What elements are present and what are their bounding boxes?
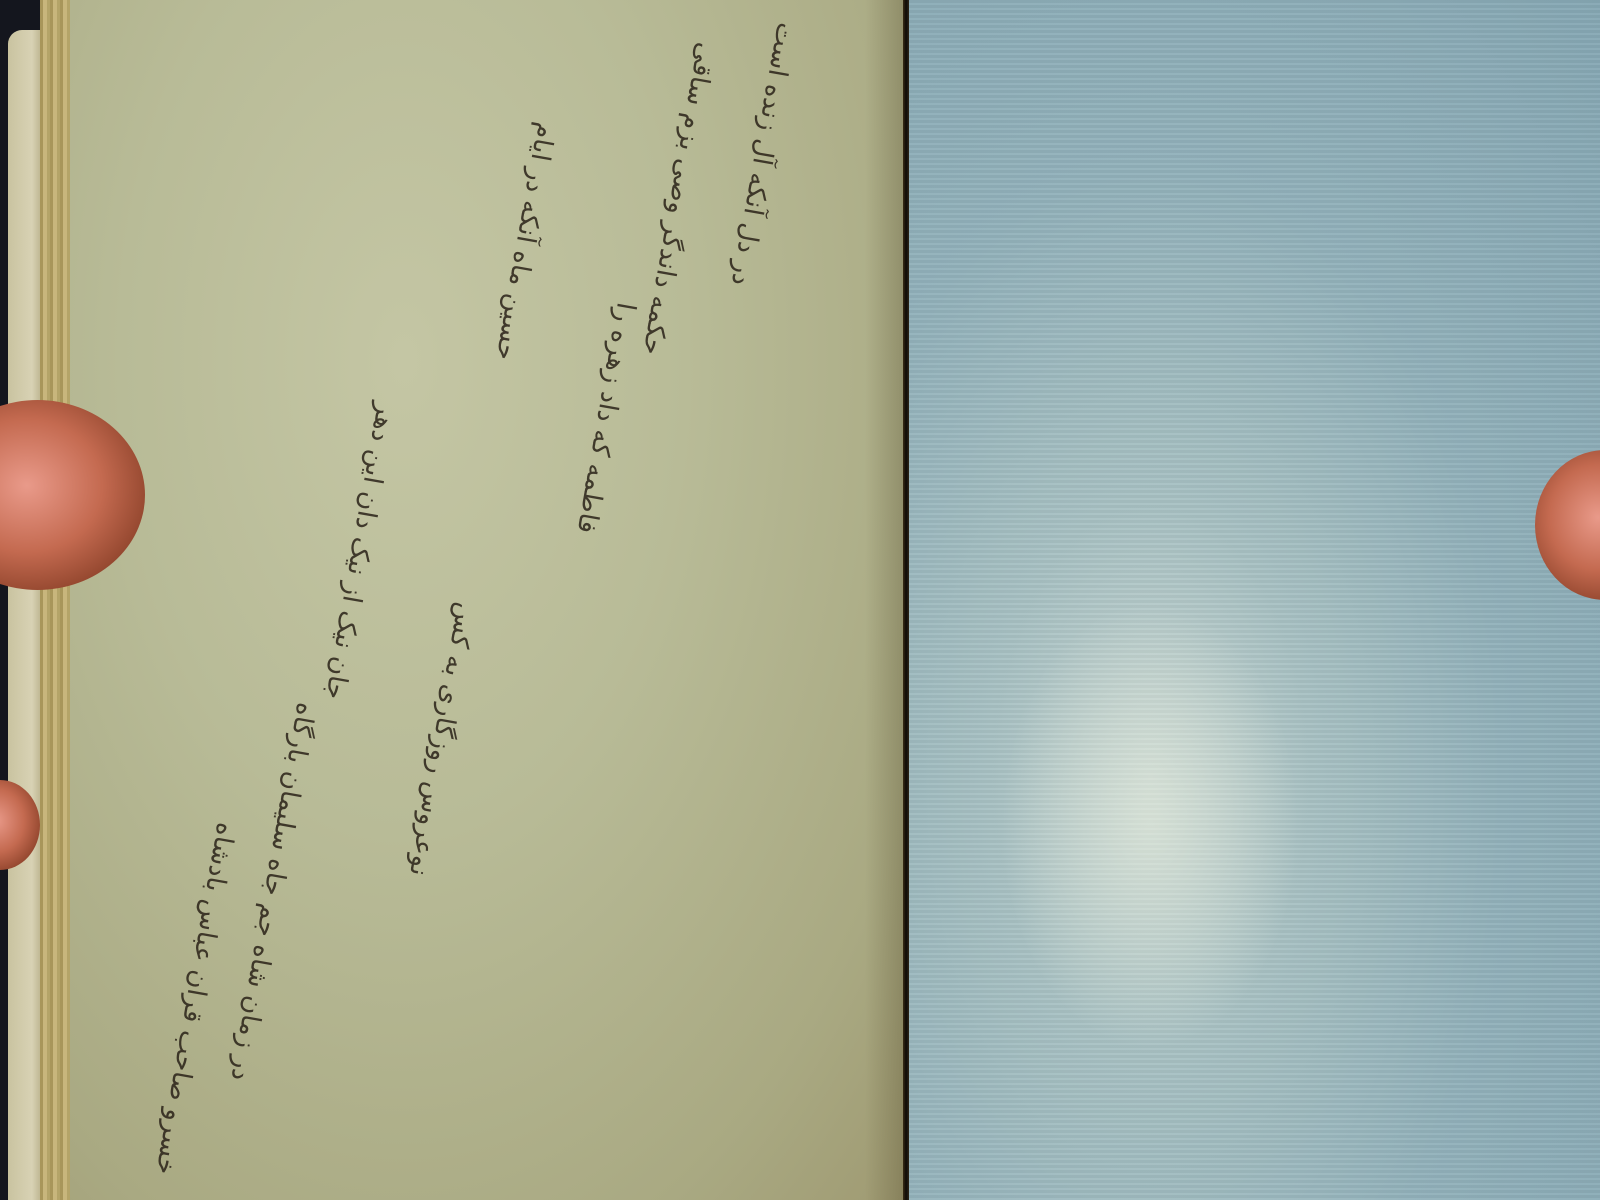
light-glare: [1000, 600, 1300, 1050]
calligraphy-line: در دل آنکه آل زنده است: [724, 20, 801, 288]
calligraphy-line: حکمه داندگر وصی بزم ساقی: [635, 40, 721, 357]
calligraphy-line: جان نیک از نیک دان این دهر: [318, 400, 401, 702]
left-manuscript-page: در دل آنکه آل زنده است حکمه داندگر وصی ب…: [70, 0, 905, 1200]
calligraphy-line: خسرو صاحب قران عباس بادشاه: [148, 820, 241, 1177]
calligraphy-line: حسین ماه آنکه در ایام: [488, 120, 561, 363]
calligraphy-line: نوعروس روزگاری به کس: [402, 600, 481, 878]
right-blank-page: [909, 0, 1600, 1200]
calligraphy-line: فاطمه که داد زهره را: [569, 300, 640, 536]
calligraphy-line: در زمان شاه جم جاه سلیمان بارگاه: [223, 700, 320, 1083]
